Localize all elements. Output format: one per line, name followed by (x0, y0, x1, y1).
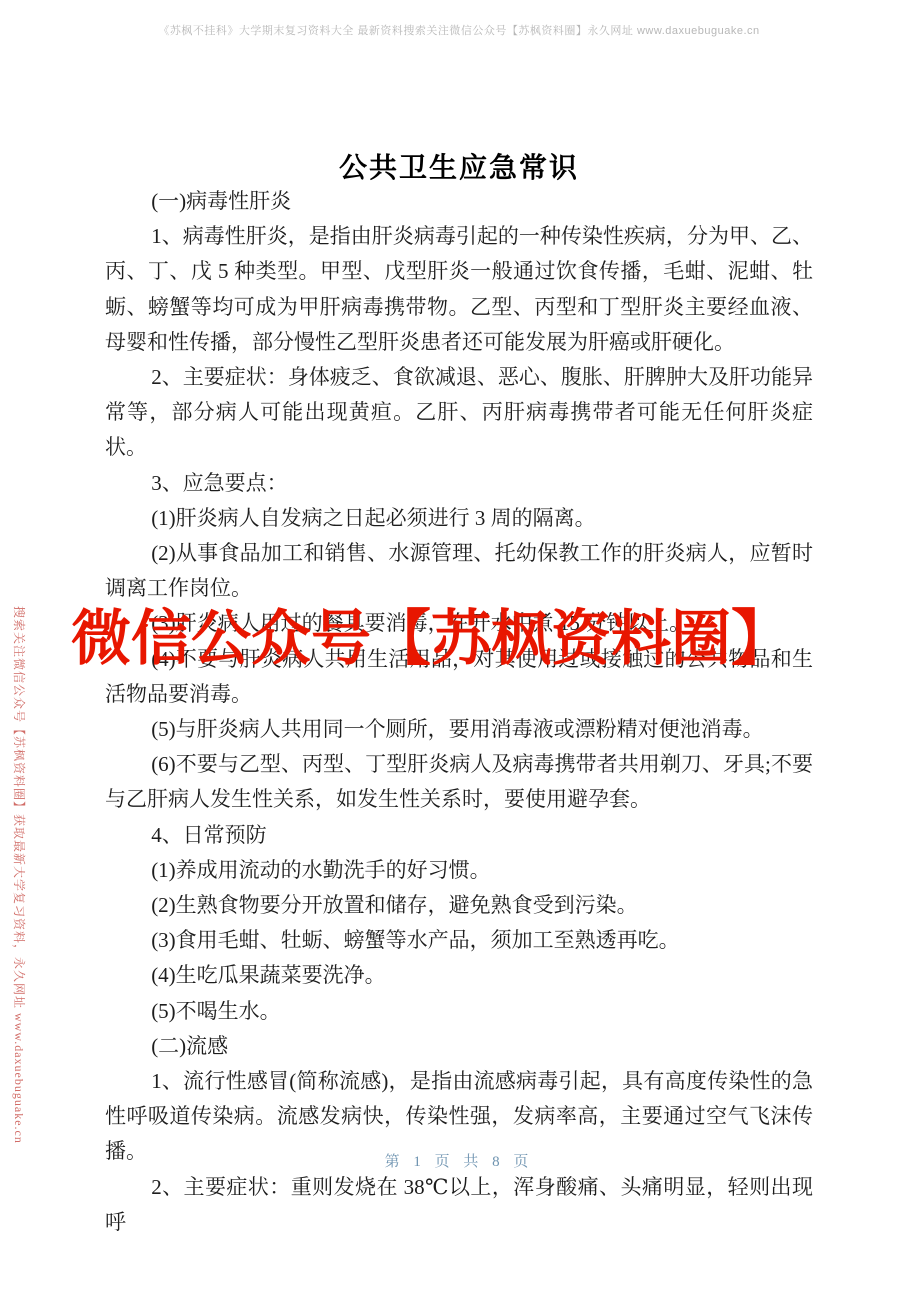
paragraph: (4)生吃瓜果蔬菜要洗净。 (105, 958, 813, 993)
paragraph: 3、应急要点： (105, 466, 813, 501)
paragraph: (2)生熟食物要分开放置和储存，避免熟食受到污染。 (105, 888, 813, 923)
promo-header-text: 《苏枫不挂科》大学期末复习资料大全 最新资料搜索关注微信公众号【苏枫资料圈】永久… (0, 22, 918, 38)
paragraph: (1)养成用流动的水勤洗手的好习惯。 (105, 853, 813, 888)
paragraph: (一)病毒性肝炎 (105, 184, 813, 219)
paragraph: 4、日常预防 (105, 818, 813, 853)
paragraph: (1)肝炎病人自发病之日起必须进行 3 周的隔离。 (105, 501, 813, 536)
paragraph: (二)流感 (105, 1029, 813, 1064)
paragraph: 2、主要症状：重则发烧在 38℃以上，浑身酸痛、头痛明显，轻则出现呼 (105, 1170, 813, 1240)
paragraph: (5)与肝炎病人共用同一个厕所，要用消毒液或漂粉精对便池消毒。 (105, 712, 813, 747)
paragraph: 2、主要症状：身体疲乏、食欲减退、恶心、腹胀、肝脾肿大及肝功能异常等，部分病人可… (105, 360, 813, 466)
side-vertical-watermark: 搜索关注微信公众号【苏枫资料圈】获取最新大学复习资料，永久网址 www.daxu… (11, 606, 28, 1144)
document-body: (一)病毒性肝炎 1、病毒性肝炎，是指由肝炎病毒引起的一种传染性疾病，分为甲、乙… (105, 184, 813, 1240)
paragraph: (6)不要与乙型、丙型、丁型肝炎病人及病毒携带者共用剃刀、牙具;不要与乙肝病人发… (105, 747, 813, 817)
paragraph: 1、病毒性肝炎，是指由肝炎病毒引起的一种传染性疾病，分为甲、乙、丙、丁、戊 5 … (105, 219, 813, 360)
page-title: 公共卫生应急常识 (0, 146, 918, 186)
document-page: 《苏枫不挂科》大学期末复习资料大全 最新资料搜索关注微信公众号【苏枫资料圈】永久… (0, 0, 918, 1298)
paragraph: (3)食用毛蚶、牡蛎、螃蟹等水产品，须加工至熟透再吃。 (105, 923, 813, 958)
page-number-footer: 第 1 页 共 8 页 (0, 1150, 918, 1171)
paragraph: (2)从事食品加工和销售、水源管理、托幼保教工作的肝炎病人，应暂时调离工作岗位。 (105, 536, 813, 606)
paragraph: (5)不喝生水。 (105, 994, 813, 1029)
red-banner-watermark: 微信公众号【苏枫资料圈】 (71, 603, 791, 675)
